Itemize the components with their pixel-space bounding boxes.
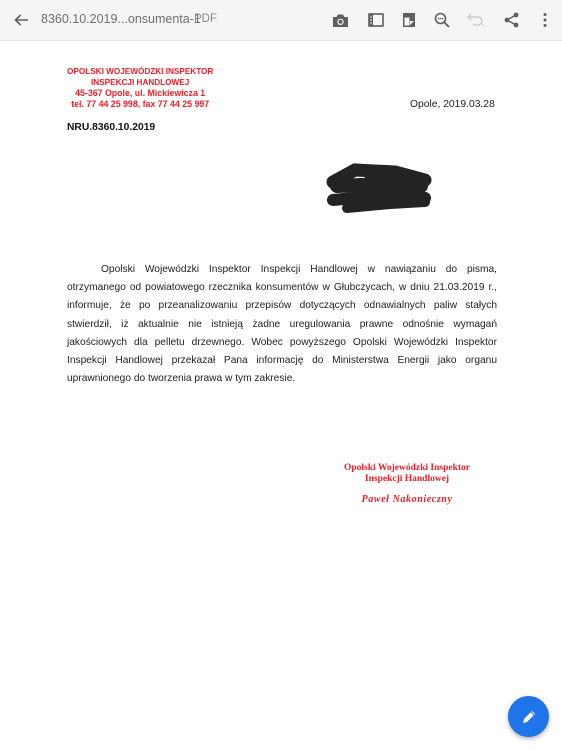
share-button[interactable] bbox=[500, 9, 522, 31]
screenshot-button[interactable] bbox=[329, 9, 351, 31]
signature-name: Paweł Nakonieczny bbox=[340, 494, 474, 505]
signature-institution: Inspekcji Handlowej bbox=[340, 474, 474, 485]
camera-icon bbox=[332, 13, 349, 28]
arrow-left-icon bbox=[13, 12, 29, 28]
more-options-button[interactable] bbox=[534, 9, 556, 31]
back-button[interactable] bbox=[10, 9, 32, 31]
edit-fab-button[interactable] bbox=[508, 696, 549, 737]
top-app-bar: 8360.10.2019...onsumenta-1 PDF bbox=[0, 0, 562, 41]
search-button[interactable] bbox=[431, 9, 453, 31]
letterhead-line: OPOLSKI WOJEWÓDZKI INSPEKTOR bbox=[67, 67, 213, 78]
letterhead-address: 45-367 Opole, ul. Mickiewicza 1 bbox=[67, 88, 213, 99]
document-title: 8360.10.2019...onsumenta-1 bbox=[41, 12, 201, 26]
pdf-page bbox=[0, 41, 562, 750]
share-icon bbox=[504, 12, 519, 28]
document-type-label: PDF bbox=[194, 13, 217, 25]
more-vert-icon bbox=[543, 12, 547, 28]
letterhead-phone: tel. 77 44 25 998, fax 77 44 25 997 bbox=[67, 99, 213, 110]
page-view-button[interactable] bbox=[398, 9, 420, 31]
letter-date: Opole, 2019.03.28 bbox=[410, 99, 495, 110]
page-view-icon bbox=[402, 12, 416, 28]
letterhead-line: INSPEKCJI HANDLOWEJ bbox=[67, 78, 213, 89]
signature-stamp: Opolski Wojewódzki Inspektor Inspekcji H… bbox=[340, 463, 474, 505]
search-document-icon bbox=[434, 12, 450, 28]
redacted-recipient-scribble bbox=[325, 160, 435, 218]
undo-button[interactable] bbox=[465, 9, 487, 31]
signature-title: Opolski Wojewódzki Inspektor bbox=[340, 463, 474, 474]
sender-letterhead-stamp: OPOLSKI WOJEWÓDZKI INSPEKTOR INSPEKCJI H… bbox=[67, 67, 213, 109]
pencil-icon bbox=[521, 709, 537, 725]
letter-body: Opolski Wojewódzki Inspektor Inspekcji H… bbox=[67, 261, 497, 388]
undo-icon bbox=[467, 13, 485, 27]
sidebar-toggle-button[interactable] bbox=[365, 9, 387, 31]
sidebar-panel-icon bbox=[368, 13, 384, 27]
reference-number: NRU.8360.10.2019 bbox=[67, 122, 155, 133]
